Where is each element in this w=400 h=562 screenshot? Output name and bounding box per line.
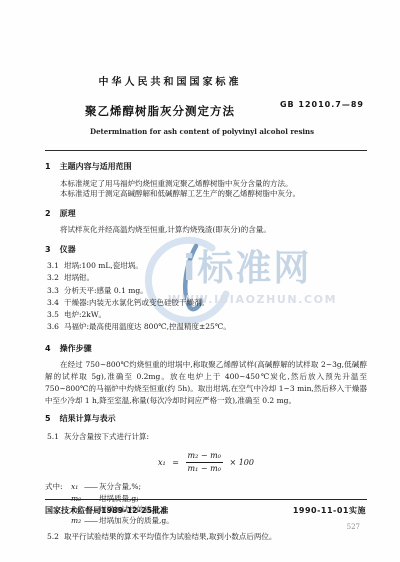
variable-dash: ——	[84, 481, 97, 492]
list-item: 3.5电炉:2kW。	[45, 309, 367, 321]
paragraph: 将试样灰化并经高温灼烧至恒重,计算灼烧残渣(即灰分)的含量。	[45, 225, 367, 236]
variable-term: x₁	[71, 481, 84, 492]
item-number: 3.2	[47, 272, 64, 284]
formula-fraction: m₂ − m₀ m₁ − m₀	[186, 451, 223, 474]
item-text: 坩埚:100 mL,瓷坩埚。	[64, 260, 367, 272]
item-text: 坩埚钳。	[64, 272, 367, 284]
item-number: 5.2	[47, 532, 64, 543]
list-item: 3.6马福炉:最高使用温度达 800℃,控温精度±25℃。	[45, 321, 367, 333]
english-subtitle: Determination for ash content of polyvin…	[90, 127, 314, 136]
approval-note: 国家技术监督局1989-12-25批准	[45, 505, 168, 516]
list-item: 3.1坩埚:100 mL,瓷坩埚。	[45, 260, 367, 272]
paragraph: 本标准适用于测定高碱醇解和低碱醇解工艺生产的聚乙烯醇树脂中灰分。	[45, 189, 367, 200]
variable-row: m₂——坩埚加灰分的质量,g。	[45, 515, 367, 526]
section-4-heading: 4操作步骤	[45, 344, 367, 355]
item-number: 3.1	[47, 260, 64, 272]
implementation-note: 1990-11-01实施	[293, 505, 366, 516]
page-number: 527	[347, 523, 360, 531]
document-body: 1主题内容与适用范围 本标准规定了用马福炉灼烧恒重测定聚乙烯醇树脂中灰分含量的方…	[45, 157, 367, 542]
standard-number: GB 12010.7—89	[280, 100, 364, 109]
list-item: 3.3分析天平:感量 0.1 mg。	[45, 285, 367, 297]
ash-content-formula: x₁ = m₂ − m₀ m₁ − m₀ × 100	[45, 451, 367, 474]
variable-dash: ——	[84, 515, 97, 526]
footer-divider	[45, 499, 367, 500]
paragraph: 在经过 750~800℃灼烧恒重的坩埚中,称取聚乙烯醇试样(高碱醇解的试样取 2…	[45, 359, 367, 406]
item-number: 3.5	[47, 309, 64, 321]
subsection-5-2: 5.2取平行试验结果的算术平均值作为试验结果,取到小数点后两位。	[45, 532, 367, 543]
document-page: i标准网 WWW.IBIAOZHUN.COM 中华人民共和国国家标准 聚乙烯醇树…	[0, 0, 400, 562]
document-title: 聚乙烯醇树脂灰分测定方法	[50, 103, 270, 119]
header-divider	[45, 150, 367, 151]
variable-desc: 灰分含量,%;	[99, 481, 141, 492]
section-number: 4	[45, 344, 51, 353]
item-text: 分析天平:感量 0.1 mg。	[64, 285, 367, 297]
section-title: 原理	[60, 209, 76, 218]
section-5-heading: 5结果计算与表示	[45, 414, 367, 425]
instrument-list: 3.1坩埚:100 mL,瓷坩埚。 3.2坩埚钳。 3.3分析天平:感量 0.1…	[45, 260, 367, 334]
list-item: 3.4干燥器:内装无水氯化钙或变色硅胶干燥剂。	[45, 297, 367, 309]
item-text: 取平行试验结果的算术平均值作为试验结果,取到小数点后两位。	[64, 532, 276, 543]
section-number: 1	[45, 162, 51, 171]
section-number: 2	[45, 209, 51, 218]
section-number: 5	[45, 414, 51, 423]
item-number: 3.3	[47, 285, 64, 297]
formula-denominator: m₁ − m₀	[186, 463, 223, 474]
subsection-5-1: 5.1灰分含量按下式进行计算:	[45, 432, 367, 443]
formula-lhs: x₁	[158, 458, 166, 469]
section-3-heading: 3仪器	[45, 245, 367, 256]
variable-desc: 坩埚加灰分的质量,g。	[99, 515, 174, 526]
section-1-heading: 1主题内容与适用范围	[45, 162, 367, 173]
formula-multiplier: × 100	[229, 458, 254, 469]
where-label: 式中:	[45, 481, 71, 492]
variable-row: 式中:x₁——灰分含量,%;	[45, 481, 367, 492]
item-text: 马福炉:最高使用温度达 800℃,控温精度±25℃。	[64, 321, 367, 333]
formula-equals: =	[172, 458, 179, 469]
paragraph: 本标准规定了用马福炉灼烧恒重测定聚乙烯醇树脂中灰分含量的方法。	[45, 179, 367, 190]
national-standard-org-line: 中华人民共和国国家标准	[60, 73, 280, 88]
section-title: 主题内容与适用范围	[60, 162, 132, 171]
item-text: 电炉:2kW。	[64, 309, 367, 321]
section-title: 结果计算与表示	[60, 414, 116, 423]
item-text: 灰分含量按下式进行计算:	[64, 432, 149, 443]
item-number: 3.4	[47, 297, 64, 309]
section-2-heading: 2原理	[45, 209, 367, 220]
formula-numerator: m₂ − m₀	[186, 451, 223, 463]
item-text: 干燥器:内装无水氯化钙或变色硅胶干燥剂。	[64, 297, 367, 309]
section-title: 仪器	[60, 245, 76, 254]
where-label-spacer	[45, 515, 71, 526]
section-title: 操作步骤	[60, 344, 92, 353]
variable-term: m₂	[71, 515, 84, 526]
item-number: 3.6	[47, 321, 64, 333]
section-number: 3	[45, 245, 51, 254]
list-item: 3.2坩埚钳。	[45, 272, 367, 284]
item-number: 5.1	[47, 432, 64, 443]
